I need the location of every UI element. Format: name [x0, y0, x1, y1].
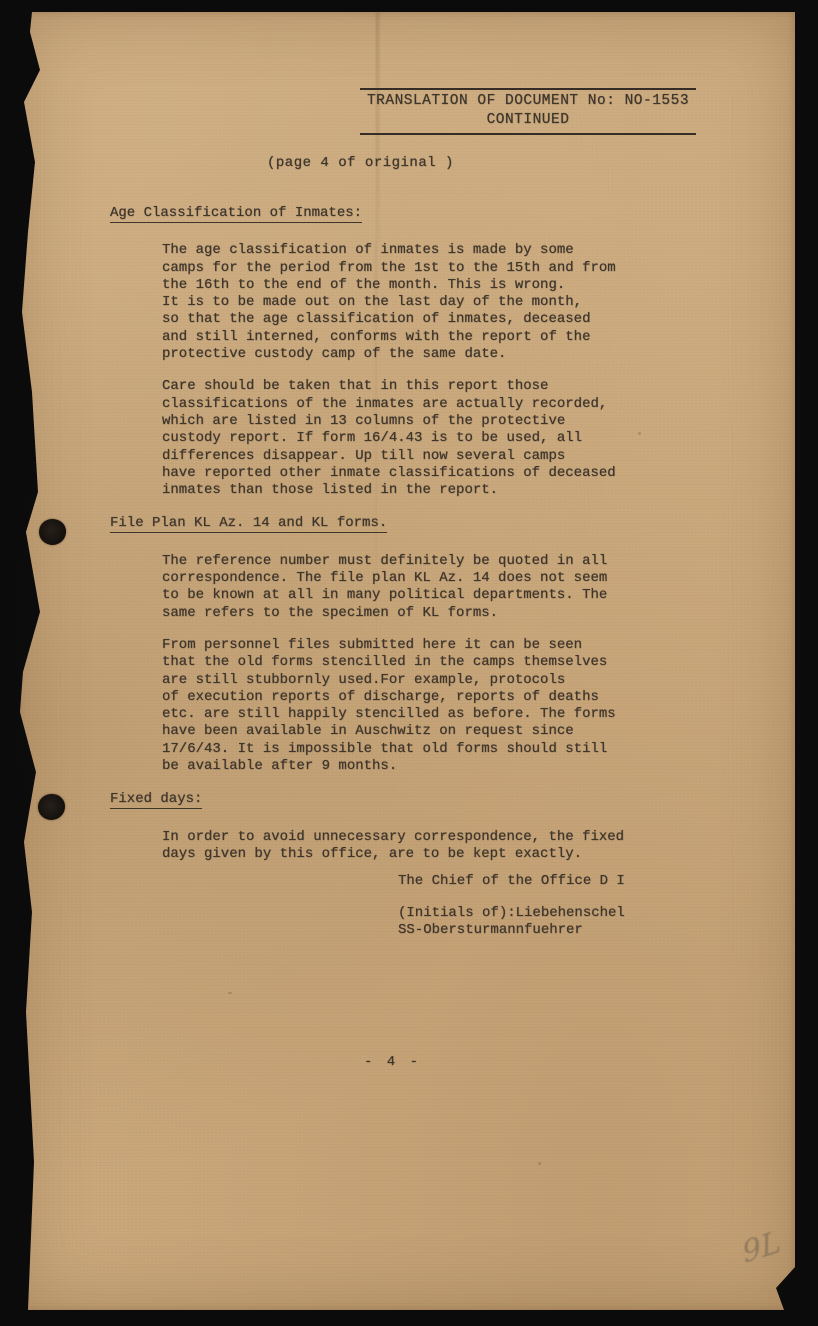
paragraph: The age classification of inmates is mad…	[162, 242, 688, 363]
section-heading-text: Age Classification of Inmates:	[110, 205, 362, 223]
section-heading-text: Fixed days:	[110, 791, 202, 809]
punch-hole-top	[37, 517, 67, 547]
document-header: TRANSLATION OF DOCUMENT No: NO-1553 CONT…	[360, 88, 696, 135]
paragraph: In order to avoid unnecessary correspond…	[162, 829, 688, 864]
pencil-mark: 9L	[740, 1224, 783, 1271]
header-line2: CONTINUED	[360, 111, 696, 130]
page-note: (page 4 of original )	[267, 155, 454, 171]
header-line1: TRANSLATION OF DOCUMENT No: NO-1553	[360, 92, 696, 111]
paragraph: The reference number must definitely be …	[162, 553, 688, 622]
paragraph: From personnel files submitted here it c…	[162, 637, 688, 775]
page-number: - 4 -	[364, 1054, 421, 1070]
section-heading-text: File Plan KL Az. 14 and KL forms.	[110, 515, 387, 533]
section-heading: Fixed days:	[110, 791, 688, 808]
signature-block: The Chief of the Office D I (Initials of…	[398, 873, 625, 939]
signature-initials: (Initials of):Liebehenschel	[398, 905, 625, 922]
document-page: TRANSLATION OF DOCUMENT No: NO-1553 CONT…	[18, 12, 795, 1310]
document-body: Age Classification of Inmates:The age cl…	[108, 205, 688, 878]
signature-title: The Chief of the Office D I	[398, 873, 625, 890]
section-heading: File Plan KL Az. 14 and KL forms.	[110, 515, 688, 532]
punch-hole-bottom	[38, 794, 65, 820]
paper-speck	[228, 992, 232, 994]
paragraph: Care should be taken that in this report…	[162, 378, 688, 499]
signature-rank: SS-Obersturmannfuehrer	[398, 922, 625, 939]
photo-background: TRANSLATION OF DOCUMENT No: NO-1553 CONT…	[0, 0, 818, 1326]
section-heading: Age Classification of Inmates:	[110, 205, 688, 222]
paper-speck	[538, 1162, 541, 1165]
paper-speck	[638, 432, 641, 435]
